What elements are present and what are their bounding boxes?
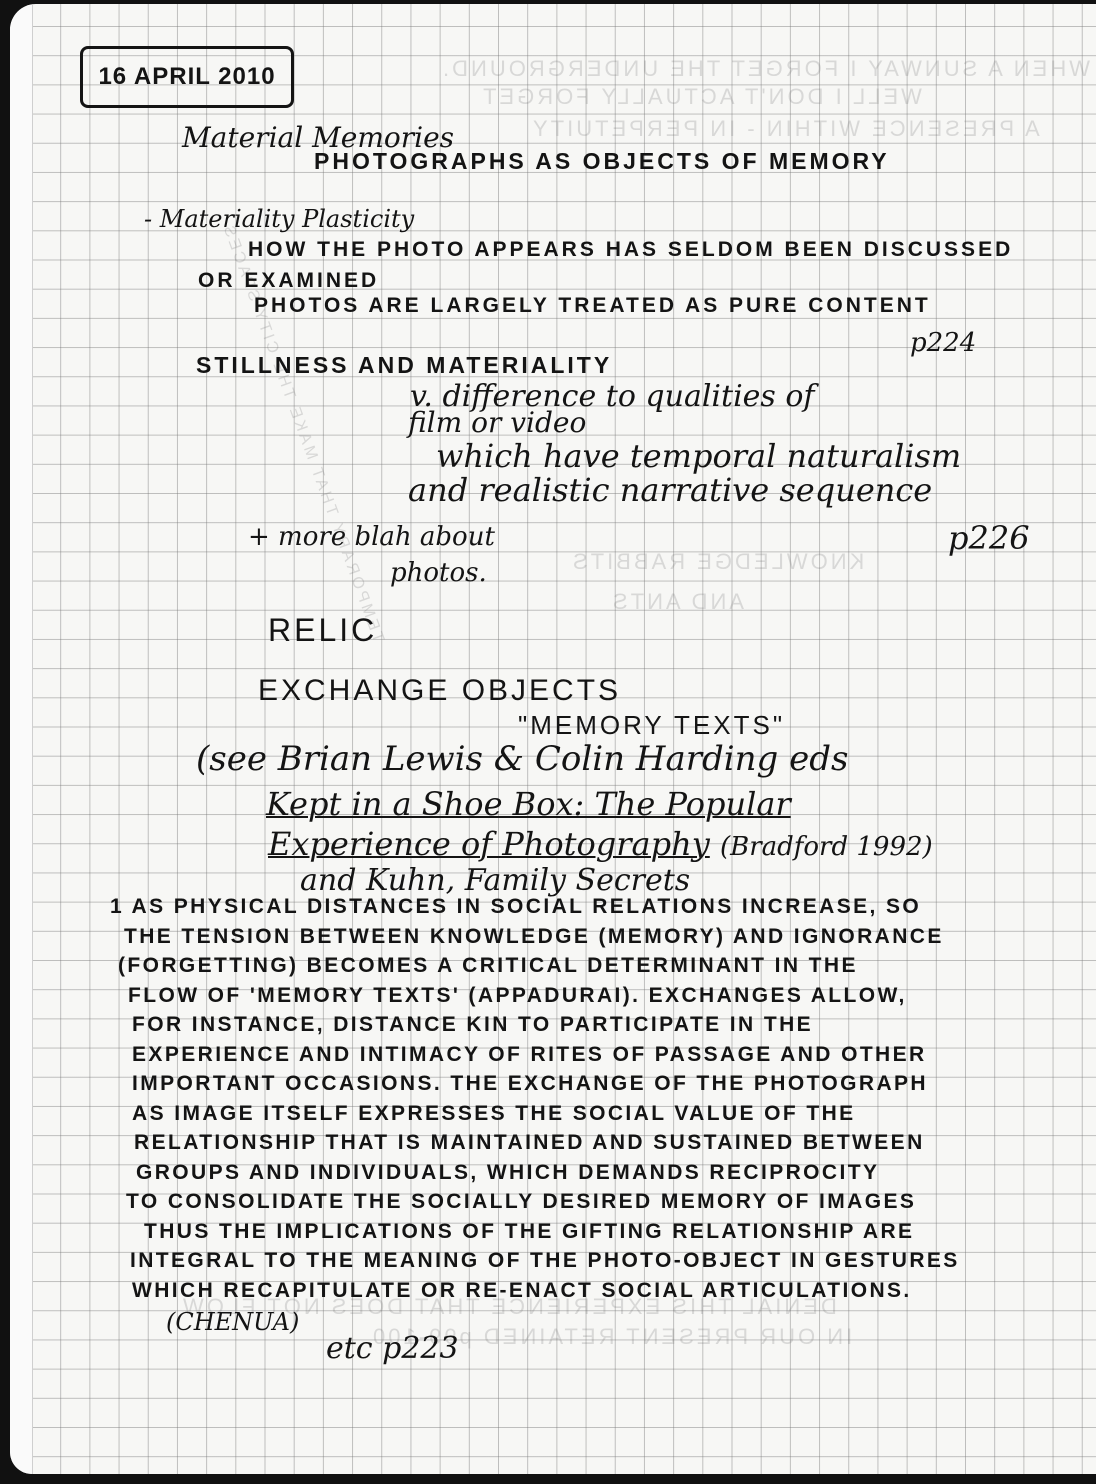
note-film: film or video — [408, 409, 586, 437]
note-content: PHOTOS ARE LARGELY TREATED AS PURE CONTE… — [254, 295, 931, 316]
reference-book-title: Kept in a Shoe Box: The Popular — [266, 788, 791, 820]
note-more: + more blah about — [248, 524, 495, 550]
bleed-through-text: AND ANTS — [610, 589, 744, 615]
bleed-through-text: A PRESENCE WITHIN - IN PERPETUITY — [530, 116, 1040, 142]
date-label: 16 APRIL 2010 — [80, 46, 294, 108]
quote-line: GROUPS AND INDIVIDUALS, WHICH DEMANDS RE… — [136, 1158, 1096, 1188]
page-subtitle: PHOTOGRAPHS AS OBJECTS OF MEMORY — [314, 150, 890, 173]
note-temporal: which have temporal naturalism — [436, 440, 961, 472]
note-photos: photos. — [390, 560, 487, 586]
reference-see: (see Brian Lewis & Colin Harding eds — [196, 742, 848, 776]
reference-book-title-cont: Experience of Photography — [268, 825, 710, 863]
quote-line: FLOW OF 'MEMORY TEXTS' (APPADURAI). EXCH… — [128, 981, 1096, 1011]
quote-line: (FORGETTING) BECOMES A CRITICAL DETERMIN… — [118, 951, 1096, 981]
quote-line: EXPERIENCE AND INTIMACY OF RITES OF PASS… — [132, 1040, 1096, 1070]
quote-line: 1 AS PHYSICAL DISTANCES IN SOCIAL RELATI… — [110, 892, 1096, 922]
page-reference: p224 — [910, 330, 976, 356]
quote-line: WHICH RECAPITULATE OR RE-ENACT SOCIAL AR… — [132, 1276, 1096, 1306]
quote-line: THUS THE IMPLICATIONS OF THE GIFTING REL… — [144, 1217, 1096, 1247]
bleed-through-text: WHEN A SUNWAY I FORGET THE UNDERGROUND. — [440, 56, 1090, 82]
heading-memory-texts: "MEMORY TEXTS" — [518, 712, 785, 738]
citation-author: (CHENUA) — [166, 1310, 299, 1334]
quote-line: THE TENSION BETWEEN KNOWLEDGE (MEMORY) A… — [124, 922, 1096, 952]
reference-publisher: (Bradford 1992) — [720, 832, 933, 862]
page-reference: p226 — [948, 522, 1030, 554]
quote-line: TO CONSOLIDATE THE SOCIALLY DESIRED MEMO… — [126, 1187, 1096, 1217]
quote-line: FOR INSTANCE, DISTANCE KIN TO PARTICIPAT… — [132, 1010, 1096, 1040]
note-narrative: and realistic narrative sequence — [408, 474, 932, 506]
heading-exchange-objects: EXCHANGE OBJECTS — [258, 676, 621, 706]
bleed-through-text: WELL I DON'T ACTUALLY FORGET — [480, 84, 922, 110]
quote-line: IMPORTANT OCCASIONS. THE EXCHANGE OF THE… — [132, 1069, 1096, 1099]
quote-line: AS IMAGE ITSELF EXPRESSES THE SOCIAL VAL… — [132, 1099, 1096, 1129]
note-examined: OR EXAMINED — [198, 270, 379, 291]
note-appears: HOW THE PHOTO APPEARS HAS SELDOM BEEN DI… — [248, 239, 1013, 260]
quote-paragraph: 1 AS PHYSICAL DISTANCES IN SOCIAL RELATI… — [110, 892, 1096, 1305]
note-stillness: STILLNESS AND MATERIALITY — [196, 354, 612, 377]
note-materiality: - Materiality Plasticity — [144, 207, 414, 231]
reference-book-title: Experience of Photography (Bradford 1992… — [268, 828, 933, 860]
quote-line: INTEGRAL TO THE MEANING OF THE PHOTO-OBJ… — [130, 1246, 1096, 1276]
notebook-page: WHEN A SUNWAY I FORGET THE UNDERGROUND. … — [10, 4, 1096, 1474]
citation-page: etc p223 — [326, 1334, 459, 1364]
quote-line: RELATIONSHIP THAT IS MAINTAINED AND SUST… — [134, 1128, 1096, 1158]
bleed-through-text: KNOWLEDGE RABBITS — [570, 549, 864, 575]
heading-relic: RELIC — [268, 614, 377, 646]
